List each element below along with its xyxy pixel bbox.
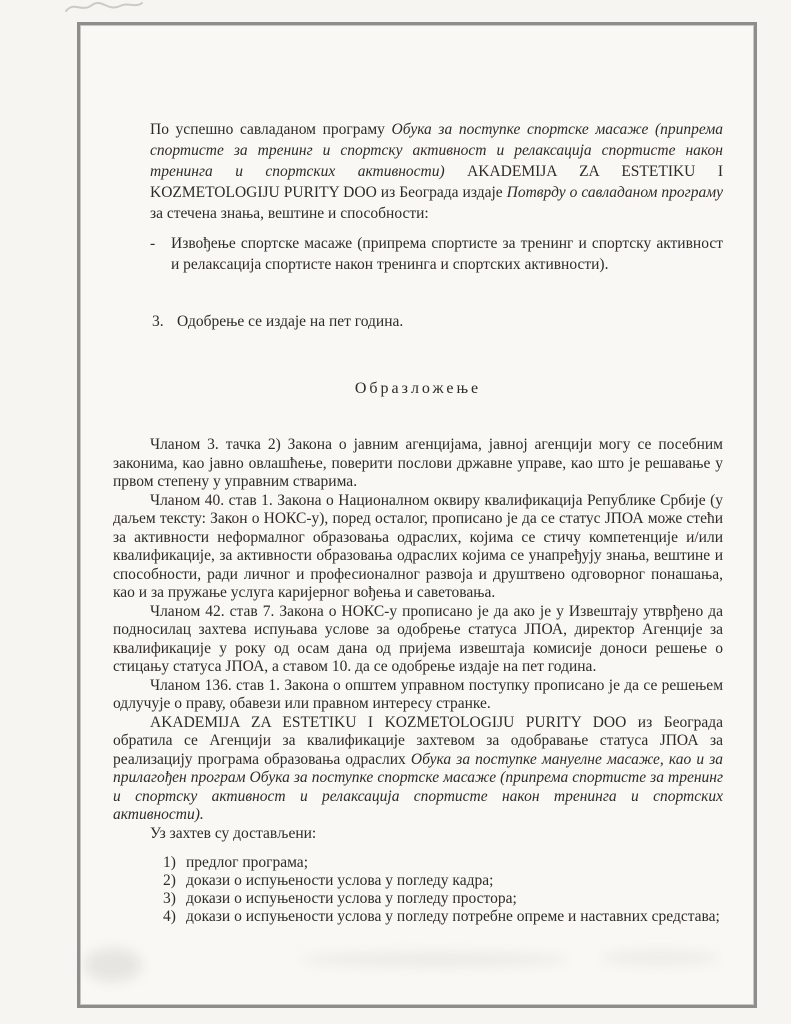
skill-list-item: - Извођење спортске масаже (припрема спо… xyxy=(150,233,723,275)
legal-paragraph-article-42: Чланом 42. став 7. Закона о НОКС-у пропи… xyxy=(113,603,723,677)
decision-item-number: 3. xyxy=(152,311,177,332)
attachment-text: докази о испуњености услова у погледу пр… xyxy=(186,890,723,908)
attachments-intro: Уз захтев су достављени: xyxy=(113,825,723,844)
attachment-text: докази о испуњености услова у погледу по… xyxy=(186,908,723,926)
scanned-document: { "page": { "paper_color": "#f9f8f5", "i… xyxy=(0,0,791,1024)
attachment-number: 2) xyxy=(163,872,186,890)
attachment-number: 3) xyxy=(163,890,186,908)
page-frame: По успешно савладаном програму Обука за … xyxy=(77,22,757,1008)
attachment-text: предлог програма; xyxy=(186,854,723,872)
certificate-title: Потврду о савладаном програму xyxy=(507,184,723,201)
attachment-text: докази о испуњености услова у погледу ка… xyxy=(186,872,723,890)
intro-text: По успешно савладаном програму xyxy=(150,121,392,138)
decision-item-3: 3. Одобрење се издаје на пет година. xyxy=(152,311,723,332)
decision-item-text: Одобрење се издаје на пет година. xyxy=(177,311,723,332)
pencil-mark xyxy=(62,0,146,18)
skill-item-text: Извођење спортске масаже (припрема спорт… xyxy=(171,233,723,275)
legal-paragraph-article-3: Чланом 3. тачка 2) Закона о јавним агенц… xyxy=(113,436,723,492)
attachment-item: 4) докази о испуњености услова у погледу… xyxy=(163,908,723,926)
attachment-number: 4) xyxy=(163,908,186,926)
rationale-heading: Образложење xyxy=(113,378,723,399)
intro-text-tail: за стечена знања, вештине и способности: xyxy=(150,205,429,222)
page-content: По успешно савладаном програму Обука за … xyxy=(80,25,754,1005)
attachment-item: 1) предлог програма; xyxy=(163,854,723,872)
legal-paragraph-article-40: Чланом 40. став 1. Закона о Националном … xyxy=(113,492,723,603)
intro-paragraph: По успешно савладаном програму Обука за … xyxy=(150,119,723,224)
applicant-paragraph: AKADEMIJA ZA ESTETIKU I KOZMETOLOGIJU PU… xyxy=(113,714,723,825)
dash-marker: - xyxy=(150,233,171,275)
attachment-item: 2) докази о испуњености услова у погледу… xyxy=(163,872,723,890)
attachments-list: 1) предлог програма; 2) докази о испуњен… xyxy=(163,854,723,926)
legal-paragraph-article-136: Чланом 136. став 1. Закона о општем упра… xyxy=(113,677,723,714)
legal-paragraphs: Чланом 3. тачка 2) Закона о јавним агенц… xyxy=(113,436,723,843)
attachment-number: 1) xyxy=(163,854,186,872)
attachment-item: 3) докази о испуњености услова у погледу… xyxy=(163,890,723,908)
